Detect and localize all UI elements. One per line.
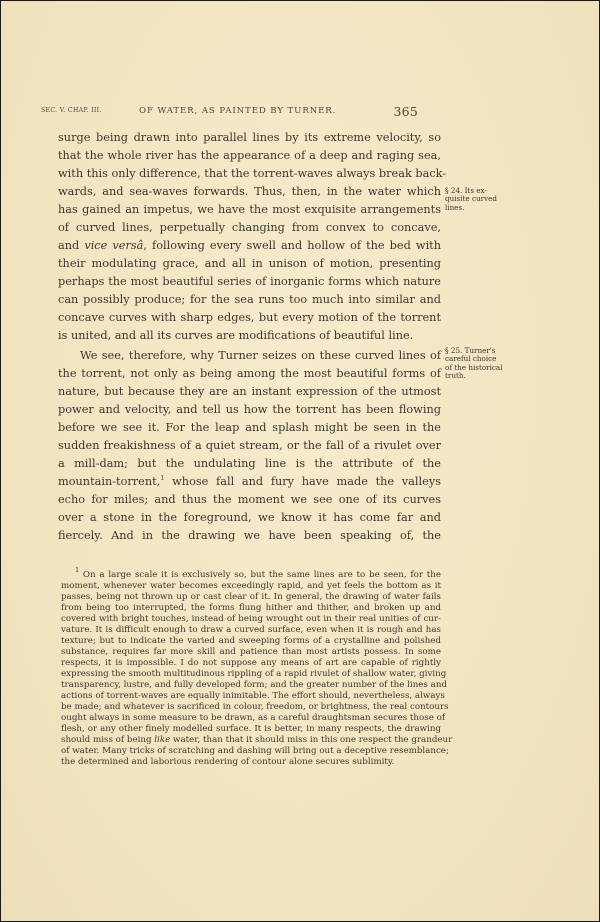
text-run: , following every swell and hollow of th… <box>143 239 441 252</box>
text-run: whose fall and fury have made the valley… <box>164 475 441 488</box>
footnote-marker: 1 <box>75 566 79 574</box>
paragraph-1: surge being drawn into parallel lines by… <box>58 129 441 345</box>
footnote-line: covered with bright touches, instead of … <box>61 614 441 625</box>
footnote-line: of water. Many tricks of scratching and … <box>61 746 441 757</box>
text-line: wards, and sea-waves forwards. Thus, the… <box>58 183 441 201</box>
paragraph-2: We see, therefore, why Turner seizes on … <box>58 347 441 545</box>
footnote-line: from being too interrupted, the forms fl… <box>61 603 441 614</box>
footnote-line: 1 On a large scale it is exclusively so,… <box>61 570 441 581</box>
text-line: with this only difference, that the torr… <box>58 165 441 183</box>
footnote-line: moment, whenever water becomes exceeding… <box>61 581 441 592</box>
margin-note-section-24: § 24. Its ex- quisite curved lines. <box>445 187 525 212</box>
text-line: surge being drawn into parallel lines by… <box>58 129 441 147</box>
running-head: SEC. V. CHAP. III. OF WATER, AS PAINTED … <box>41 105 416 119</box>
footnote: 1 On a large scale it is exclusively so,… <box>61 570 441 768</box>
book-page: SEC. V. CHAP. III. OF WATER, AS PAINTED … <box>1 1 599 921</box>
page-number: 365 <box>394 104 418 119</box>
text-line: We see, therefore, why Turner seizes on … <box>58 347 441 365</box>
margin-note-line: truth. <box>445 372 525 380</box>
footnote-line: passes, being not thrown up or cast clea… <box>61 592 441 603</box>
text-line: mountain-torrent,1 whose fall and fury h… <box>58 473 441 491</box>
text-line: that the whole river has the appearance … <box>58 147 441 165</box>
text-line: can possibly produce; for the sea runs t… <box>58 291 441 309</box>
footnote-line: substance, requires far more skill and p… <box>61 647 441 658</box>
text-line: over a stone in the foreground, we know … <box>58 509 441 527</box>
footnote-line: flesh, or any other finely modelled surf… <box>61 724 441 735</box>
text-line: nature, but because they are an instant … <box>58 383 441 401</box>
text-line: a mill-dam; but the undulating line is t… <box>58 455 441 473</box>
text-line: echo for miles; and thus the moment we s… <box>58 491 441 509</box>
text-line: of curved lines, perpetually changing fr… <box>58 219 441 237</box>
footnote-line: actions of torrent-waves are equally ini… <box>61 691 441 702</box>
footnote-line: vature. It is difficult enough to draw a… <box>61 625 441 636</box>
text-line: perhaps the most beautiful series of ino… <box>58 273 441 291</box>
text-line: and vice versâ, following every swell an… <box>58 237 441 255</box>
text-line: has gained an impetus, we have the most … <box>58 201 441 219</box>
main-text: surge being drawn into parallel lines by… <box>58 129 441 545</box>
italic-phrase: vice versâ <box>84 239 143 252</box>
text-run: water, than that it should miss in this … <box>170 735 452 745</box>
margin-note-line: lines. <box>445 204 525 212</box>
text-line: concave curves with sharp edges, but eve… <box>58 309 441 327</box>
margin-note-section-25: § 25. Turner's careful choice of the his… <box>445 347 525 381</box>
footnote-line: be made; and whatever is sacrificed in c… <box>61 702 441 713</box>
footnote-line: should miss of being like water, than th… <box>61 735 441 746</box>
text-run: mountain-torrent, <box>58 475 160 488</box>
text-line: the torrent, not only as being among the… <box>58 365 441 383</box>
text-line: their modulating grace, and all in uniso… <box>58 255 441 273</box>
text-run: should miss of being <box>61 735 154 745</box>
text-line: fiercely. And in the drawing we have bee… <box>58 527 441 545</box>
footnote-line: respects, it is impossible. I do not sup… <box>61 658 441 669</box>
text-line: sudden freakishness of a quiet stream, o… <box>58 437 441 455</box>
text-run: and <box>58 239 84 252</box>
footnote-line: transparency, lustre, and fully develope… <box>61 680 441 691</box>
text-run: On a large scale it is exclusively so, b… <box>83 570 441 580</box>
text-line: power and velocity, and tell us how the … <box>58 401 441 419</box>
footnote-line: ought always in some measure to be drawn… <box>61 713 441 724</box>
footnote-line: texture; but to indicate the varied and … <box>61 636 441 647</box>
footnote-line: the determined and laborious rendering o… <box>61 757 441 768</box>
footnote-line: expressing the smooth multitudinous ripp… <box>61 669 441 680</box>
text-line: before we see it. For the leap and splas… <box>58 419 441 437</box>
chapter-title: OF WATER, AS PAINTED BY TURNER. <box>139 106 336 116</box>
section-reference: SEC. V. CHAP. III. <box>41 107 102 114</box>
text-line: is united, and all its curves are modifi… <box>58 327 441 345</box>
italic-word: like <box>154 735 170 745</box>
